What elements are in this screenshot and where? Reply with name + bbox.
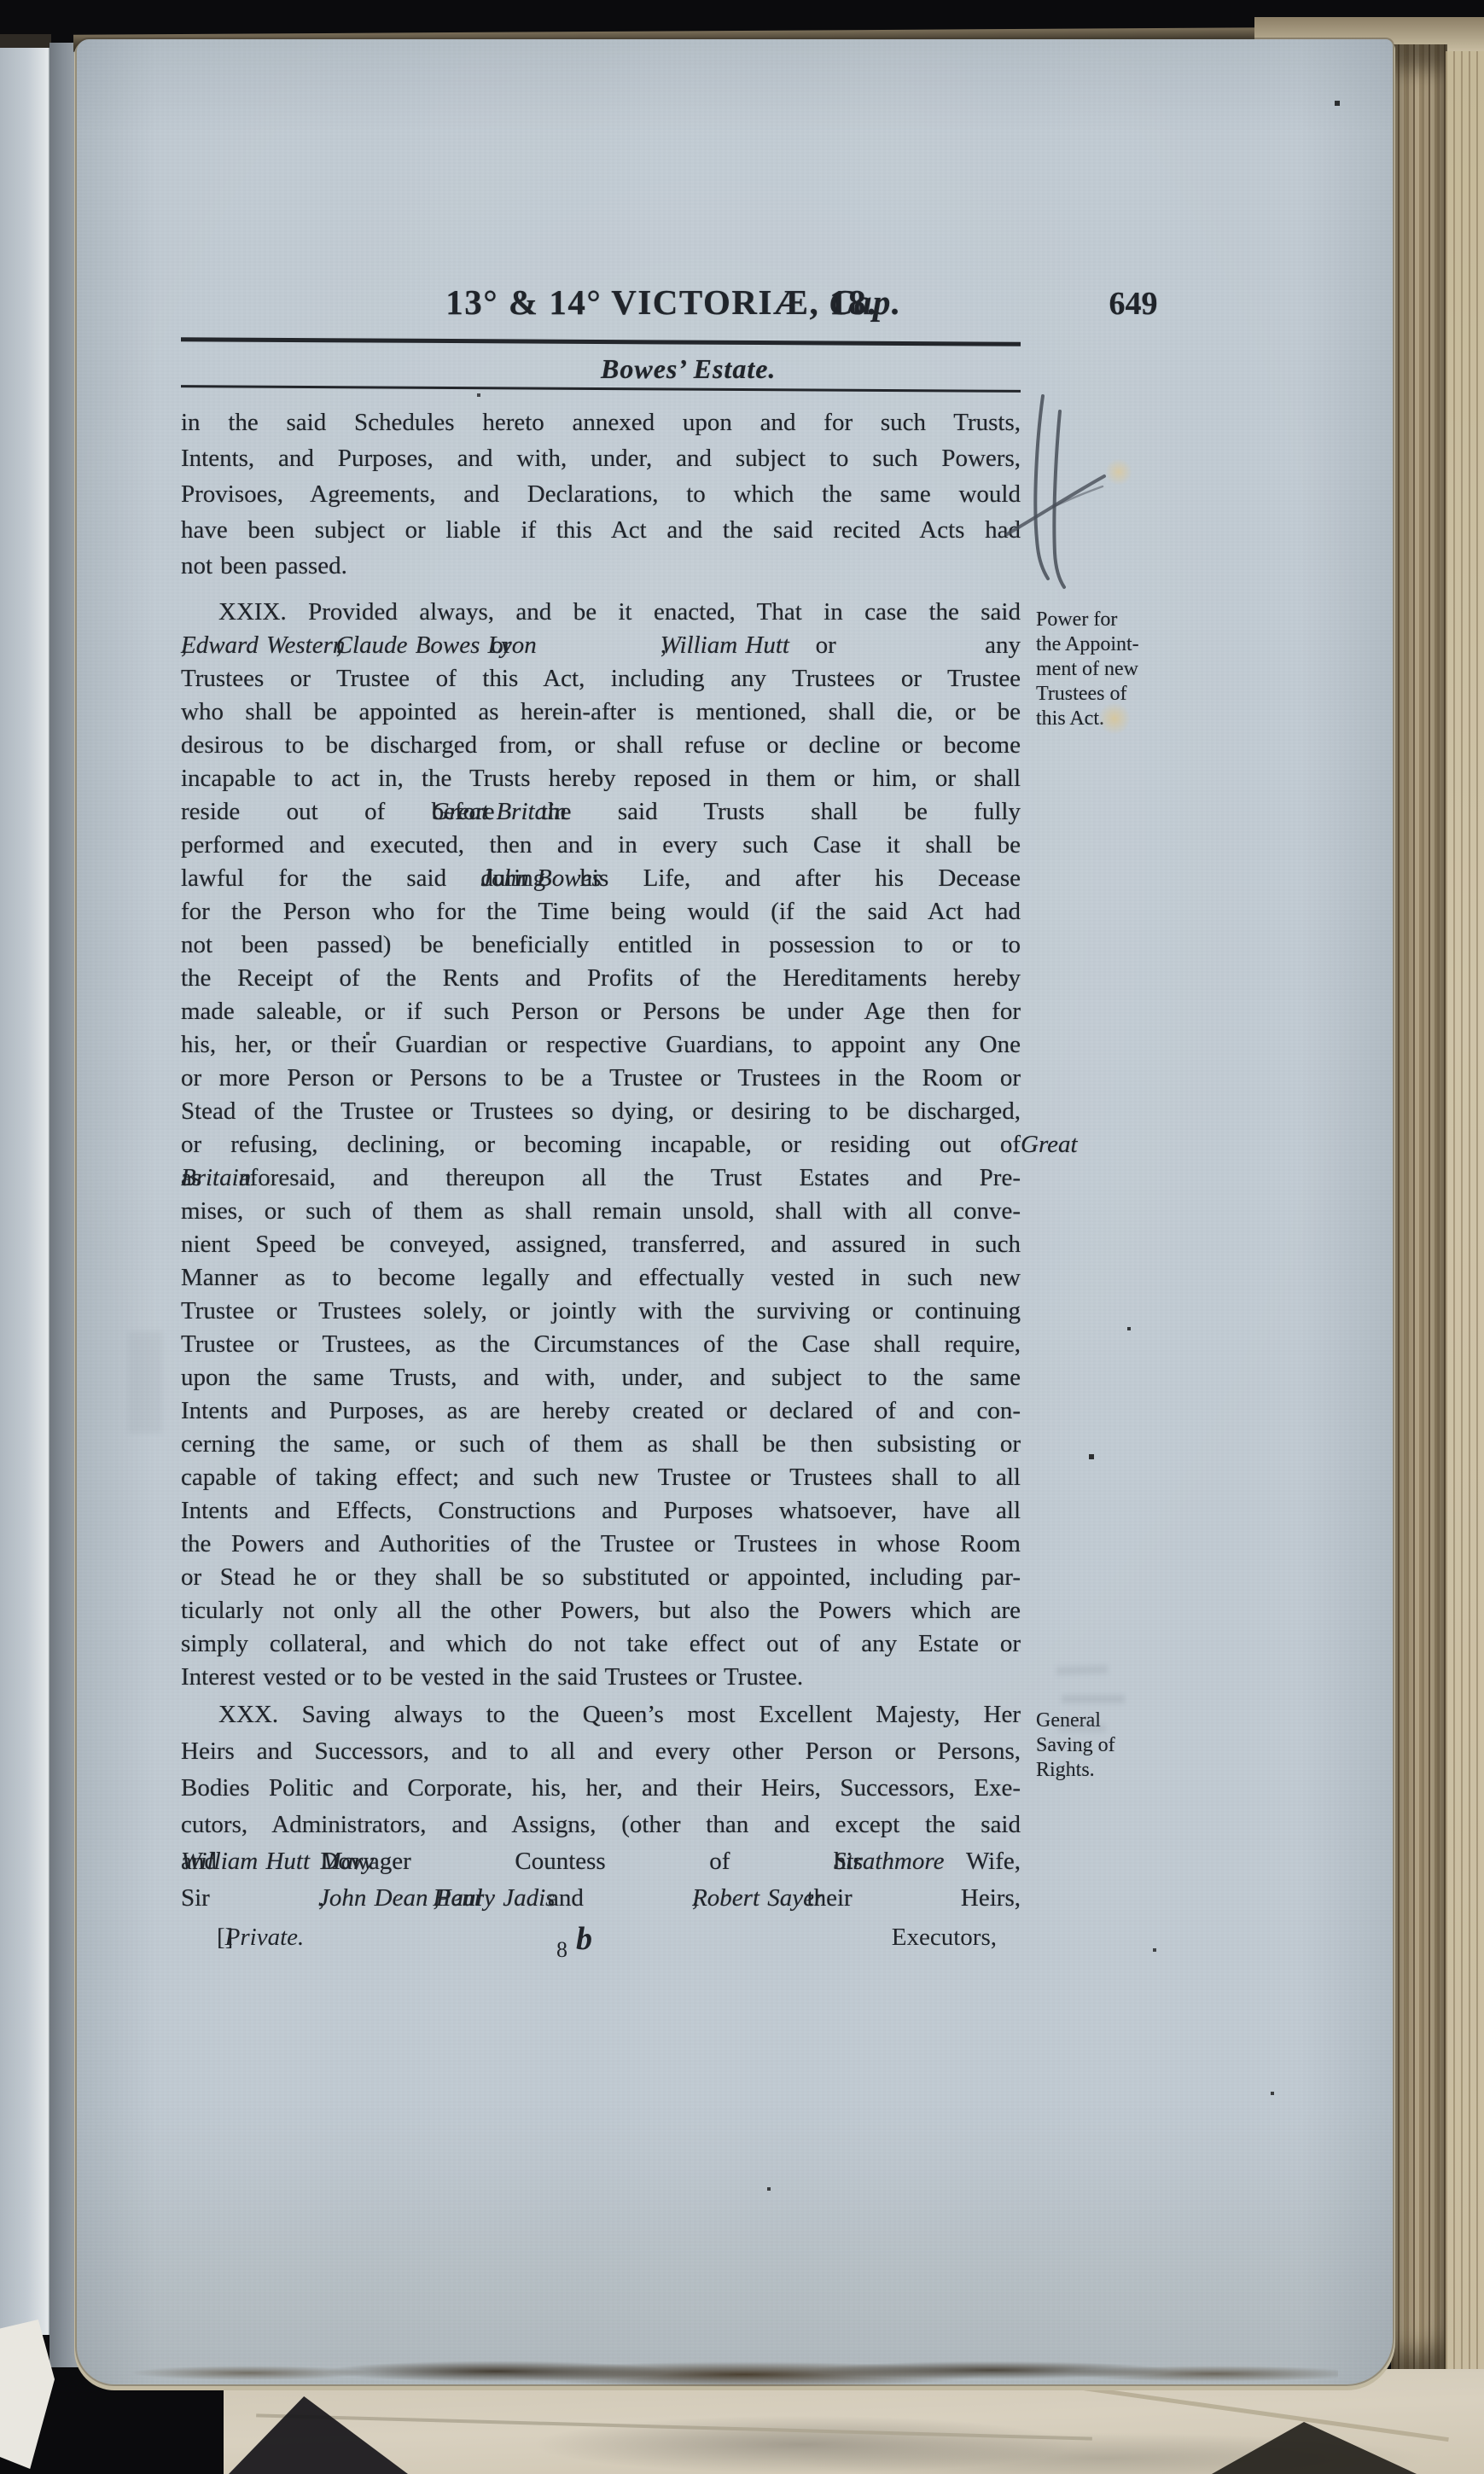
text-line: Trustee or Trustees, as the Circumstance…	[181, 1328, 1021, 1361]
ink-bleed-ghost	[1062, 1695, 1125, 1703]
text-line: made saleable, or if such Person or Pers…	[181, 995, 1021, 1028]
text-line: performed and executed, then and in ever…	[181, 829, 1021, 862]
margin-note-section-30: GeneralSaving ofRights.	[1036, 1709, 1195, 1783]
text-line: the Appoint-	[1036, 632, 1195, 657]
text-line: Saving of	[1036, 1733, 1195, 1758]
book-page: 13° & 14° VICTORIÆ, Cap. 18. 649 Bowes’ …	[77, 39, 1393, 2384]
paper-stain	[1106, 457, 1132, 486]
text-line: Edward Western, Claude Bowes Lyon, or Wi…	[181, 629, 1021, 662]
text-line: Manner as to become legally and effectua…	[181, 1261, 1021, 1295]
text-line: reside out of Great Britain before the s…	[181, 795, 1021, 829]
text-line: incapable to act in, the Trusts hereby r…	[181, 762, 1021, 795]
page-footer: [Private.] 8b Executors,	[181, 1920, 1021, 1968]
text-line: Britain as aforesaid, and thereupon all …	[181, 1161, 1021, 1195]
text-line: Rights.	[1036, 1758, 1195, 1783]
text-line: desirous to be discharged from, or shall…	[181, 729, 1021, 762]
text-line: in the said Schedules hereto annexed upo…	[181, 405, 1021, 440]
running-head-rule	[181, 385, 1021, 393]
text-line: capable of taking effect; and such new T…	[181, 1461, 1021, 1494]
text-line: Provisoes, Agreements, and Declarations,…	[181, 476, 1021, 512]
text-line: XXX. Saving always to the Queen’s most E…	[181, 1697, 1021, 1733]
text-line: Trustees or Trustee of this Act, includi…	[181, 662, 1021, 696]
private-act-imprint: [Private.]	[217, 1924, 233, 1952]
text-line: upon the same Trusts, and with, under, a…	[181, 1361, 1021, 1394]
text-line: Sir John Dean Paul, Henry Jadis, and Rob…	[181, 1880, 1021, 1917]
paper-specks	[0, 0, 2, 2]
text-line: Intents and Effects, Constructions and P…	[181, 1494, 1021, 1528]
ink-annotation-mark	[1004, 386, 1109, 601]
text-line: Heirs and Successors, and to all and eve…	[181, 1733, 1021, 1770]
text-line: Trustee or Trustees solely, or jointly w…	[181, 1295, 1021, 1328]
printed-content: 13° & 14° VICTORIÆ, Cap. 18. 649 Bowes’ …	[77, 39, 1393, 2384]
text-line: cerning the same, or such of them as sha…	[181, 1428, 1021, 1461]
page-title: 13° & 14° VICTORIÆ, Cap. 18.	[213, 282, 1109, 323]
text-line: simply collateral, and which do not take…	[181, 1627, 1021, 1661]
text-line: mises, or such of them as shall remain u…	[181, 1195, 1021, 1228]
text-line: or more Person or Persons to be a Truste…	[181, 1062, 1021, 1095]
text-line: or refusing, declining, or becoming inca…	[181, 1128, 1021, 1161]
scanned-book-photograph: 13° & 14° VICTORIÆ, Cap. 18. 649 Bowes’ …	[0, 0, 1484, 2474]
text-line: ticularly not only all the other Powers,…	[181, 1594, 1021, 1627]
text-line: who shall be appointed as herein-after i…	[181, 696, 1021, 729]
text-line: lawful for the said John Bowes during hi…	[181, 862, 1021, 895]
header-rule	[181, 337, 1021, 346]
paper-stain	[1099, 701, 1130, 736]
text-line: Bodies Politic and Corporate, his, her, …	[181, 1770, 1021, 1807]
text-line: Interest vested or to be vested in the s…	[181, 1661, 1021, 1694]
text-line: Intents, and Purposes, and with, under, …	[181, 440, 1021, 476]
text-line: the Powers and Authorities of the Truste…	[181, 1528, 1021, 1561]
text-line: for the Person who for the Time being wo…	[181, 895, 1021, 928]
text-line: Power for	[1036, 608, 1195, 632]
text-line: nient Speed be conveyed, assigned, trans…	[181, 1228, 1021, 1261]
text-line: Stead of the Trustee or Trustees so dyin…	[181, 1095, 1021, 1128]
ink-bleed-ghost	[1056, 1665, 1108, 1675]
ink-bleed-ghost	[128, 1331, 162, 1434]
paragraph-continuation: in the said Schedules hereto annexed upo…	[181, 405, 1021, 584]
text-line: not been passed) be beneficially entitle…	[181, 928, 1021, 962]
text-line: or Stead he or they shall be so substitu…	[181, 1561, 1021, 1594]
burnt-bottom-edge	[101, 2349, 1338, 2388]
paragraph-section-29: XXIX. Provided always, and be it enacted…	[181, 596, 1021, 1694]
signature-letter: b	[576, 1921, 592, 1957]
text-line: his, her, or their Guardian or respectiv…	[181, 1028, 1021, 1062]
book-gutter-shadow	[49, 43, 79, 2367]
ink-bleed-ghost	[1058, 1724, 1106, 1732]
text-line: have been subject or liable if this Act …	[181, 512, 1021, 548]
page-number: 649	[1065, 285, 1202, 323]
text-line: Intents and Purposes, as are hereby crea…	[181, 1394, 1021, 1428]
right-page-edge-stack	[1391, 44, 1447, 2386]
text-line: ment of new	[1036, 657, 1195, 682]
catchword: Executors,	[892, 1924, 997, 1952]
text-line: not been passed.	[181, 548, 1021, 584]
signature-number: 8	[556, 1937, 567, 1962]
paragraph-section-30: XXX. Saving always to the Queen’s most E…	[181, 1697, 1021, 1917]
text-line: William Hutt and Mary Dowager Countess o…	[181, 1843, 1021, 1880]
text-line: XXIX. Provided always, and be it enacted…	[181, 596, 1021, 629]
text-line: cutors, Administrators, and Assigns, (ot…	[181, 1807, 1021, 1843]
previous-page-sliver	[0, 48, 49, 2335]
signature-mark: 8b	[556, 1920, 592, 1958]
torn-paper-fragment	[0, 2320, 55, 2469]
outer-page-edges	[1446, 51, 1484, 2441]
text-line: the Receipt of the Rents and Profits of …	[181, 962, 1021, 995]
